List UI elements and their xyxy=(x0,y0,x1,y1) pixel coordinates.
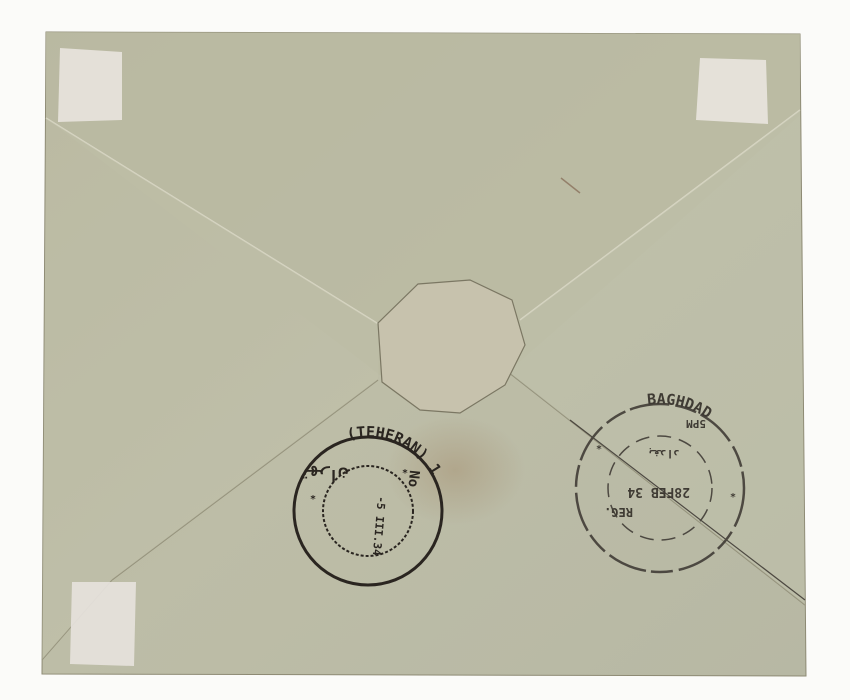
envelope-scan: (TEHERAN) 1 No ﺗﻬﺮﺍﻥ -5 III.34 * * BAGHD… xyxy=(0,0,850,700)
tehran-ornament-right: * xyxy=(402,468,408,479)
tape-top-right xyxy=(696,58,768,124)
baghdad-ornament-right: * xyxy=(730,492,736,503)
baghdad-ornament-left: * xyxy=(596,444,602,455)
baghdad-reg-text: REG. xyxy=(604,505,633,519)
baghdad-date: 28FEB 34 xyxy=(627,484,690,499)
baghdad-time: 5PM xyxy=(686,417,706,430)
tehran-persian-text: ﺗﻬﺮﺍﻥ xyxy=(300,466,348,485)
tehran-ornament-left: * xyxy=(310,494,316,505)
baghdad-arabic-text: ﺑﻐﺪﺍﺩ xyxy=(647,447,680,460)
tape-bottom-left xyxy=(70,582,136,666)
envelope-illustration: (TEHERAN) 1 No ﺗﻬﺮﺍﻥ -5 III.34 * * BAGHD… xyxy=(0,0,850,700)
tape-top-left xyxy=(58,48,122,122)
